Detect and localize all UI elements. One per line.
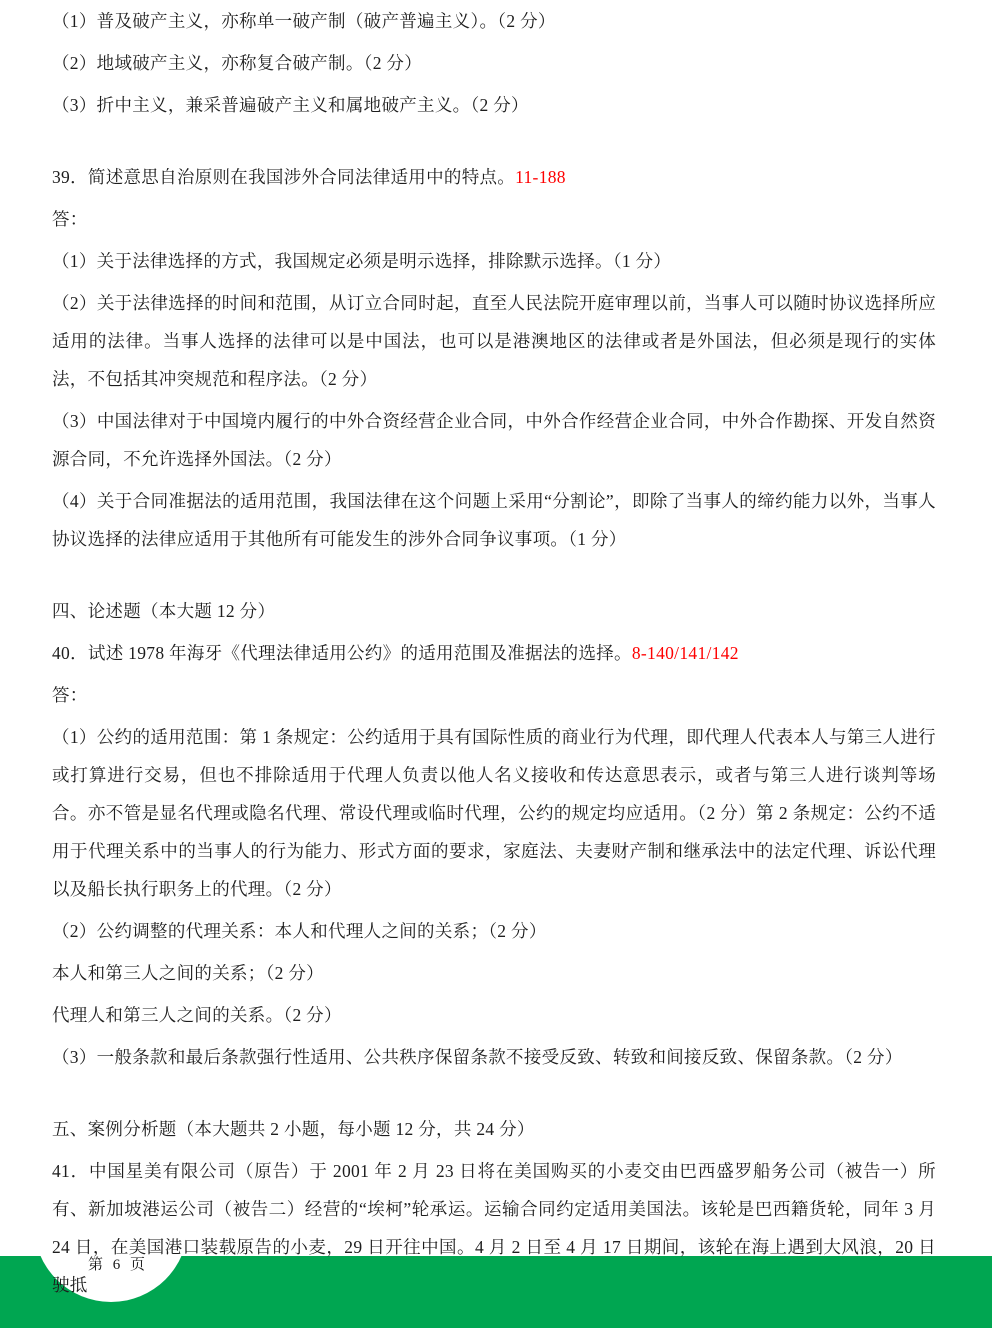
paragraph: （2）地域破产主义，亦称复合破产制。（2 分） bbox=[52, 44, 936, 82]
reference-code: 11-188 bbox=[515, 167, 566, 187]
text-run: 本人和第三人之间的关系；（2 分） bbox=[52, 963, 324, 983]
text-run: 四、论述题（本大题 12 分） bbox=[52, 601, 275, 621]
page-number: 第 6 页 bbox=[88, 1254, 148, 1276]
paragraph: 41．中国星美有限公司（原告）于 2001 年 2 月 23 日将在美国购买的小… bbox=[52, 1152, 936, 1304]
text-run: （2）地域破产主义，亦称复合破产制。（2 分） bbox=[52, 53, 422, 73]
text-run: （3）折中主义，兼采普遍破产主义和属地破产主义。（2 分） bbox=[52, 95, 529, 115]
text-run: （1）关于法律选择的方式，我国规定必须是明示选择，排除默示选择。（1 分） bbox=[52, 251, 671, 271]
paragraph: 答： bbox=[52, 676, 936, 714]
paragraph: 答： bbox=[52, 200, 936, 238]
paragraph: （3）中国法律对于中国境内履行的中外合资经营企业合同，中外合作经营企业合同，中外… bbox=[52, 402, 936, 478]
paragraph: （1）公约的适用范围：第 1 条规定：公约适用于具有国际性质的商业行为代理，即代… bbox=[52, 718, 936, 908]
text-run: （3）一般条款和最后条款强行性适用、公共秩序保留条款不接受反致、转致和间接反致、… bbox=[52, 1047, 903, 1067]
text-run: 代理人和第三人之间的关系。（2 分） bbox=[52, 1005, 342, 1025]
paragraph: 39．简述意思自治原则在我国涉外合同法律适用中的特点。11-188 bbox=[52, 158, 936, 196]
paragraph: （1）关于法律选择的方式，我国规定必须是明示选择，排除默示选择。（1 分） bbox=[52, 242, 936, 280]
paragraph: 本人和第三人之间的关系；（2 分） bbox=[52, 954, 936, 992]
document-body: （1）普及破产主义，亦称单一破产制（破产普遍主义）。（2 分）（2）地域破产主义… bbox=[52, 2, 936, 1308]
text-run: （1）公约的适用范围：第 1 条规定：公约适用于具有国际性质的商业行为代理，即代… bbox=[52, 727, 936, 899]
text-run: 41．中国星美有限公司（原告）于 2001 年 2 月 23 日将在美国购买的小… bbox=[52, 1161, 936, 1295]
text-run: （3）中国法律对于中国境内履行的中外合资经营企业合同，中外合作经营企业合同，中外… bbox=[52, 411, 936, 469]
text-run: （2）公约调整的代理关系：本人和代理人之间的关系；（2 分） bbox=[52, 921, 547, 941]
paragraph: （2）关于法律选择的时间和范围，从订立合同时起，直至人民法院开庭审理以前，当事人… bbox=[52, 284, 936, 398]
paragraph: 40．试述 1978 年海牙《代理法律适用公约》的适用范围及准据法的选择。8-1… bbox=[52, 634, 936, 672]
text-run: （4）关于合同准据法的适用范围，我国法律在这个问题上采用“分割论”，即除了当事人… bbox=[52, 491, 936, 549]
text-run: 答： bbox=[52, 209, 88, 229]
text-run: 答： bbox=[52, 685, 88, 705]
reference-code: 8-140/141/142 bbox=[632, 643, 739, 663]
paragraph: （3）折中主义，兼采普遍破产主义和属地破产主义。（2 分） bbox=[52, 86, 936, 124]
paragraph: 代理人和第三人之间的关系。（2 分） bbox=[52, 996, 936, 1034]
text-run: 40．试述 1978 年海牙《代理法律适用公约》的适用范围及准据法的选择。 bbox=[52, 643, 632, 663]
paragraph: 五、案例分析题（本大题共 2 小题，每小题 12 分，共 24 分） bbox=[52, 1110, 936, 1148]
text-run: （1）普及破产主义，亦称单一破产制（破产普遍主义）。（2 分） bbox=[52, 11, 556, 31]
paragraph: （2）公约调整的代理关系：本人和代理人之间的关系；（2 分） bbox=[52, 912, 936, 950]
text-run: （2）关于法律选择的时间和范围，从订立合同时起，直至人民法院开庭审理以前，当事人… bbox=[52, 293, 936, 389]
paragraph: （4）关于合同准据法的适用范围，我国法律在这个问题上采用“分割论”，即除了当事人… bbox=[52, 482, 936, 558]
text-run: 39．简述意思自治原则在我国涉外合同法律适用中的特点。 bbox=[52, 167, 515, 187]
text-run: 五、案例分析题（本大题共 2 小题，每小题 12 分，共 24 分） bbox=[52, 1119, 535, 1139]
paragraph: （3）一般条款和最后条款强行性适用、公共秩序保留条款不接受反致、转致和间接反致、… bbox=[52, 1038, 936, 1076]
paragraph: 四、论述题（本大题 12 分） bbox=[52, 592, 936, 630]
paragraph: （1）普及破产主义，亦称单一破产制（破产普遍主义）。（2 分） bbox=[52, 2, 936, 40]
